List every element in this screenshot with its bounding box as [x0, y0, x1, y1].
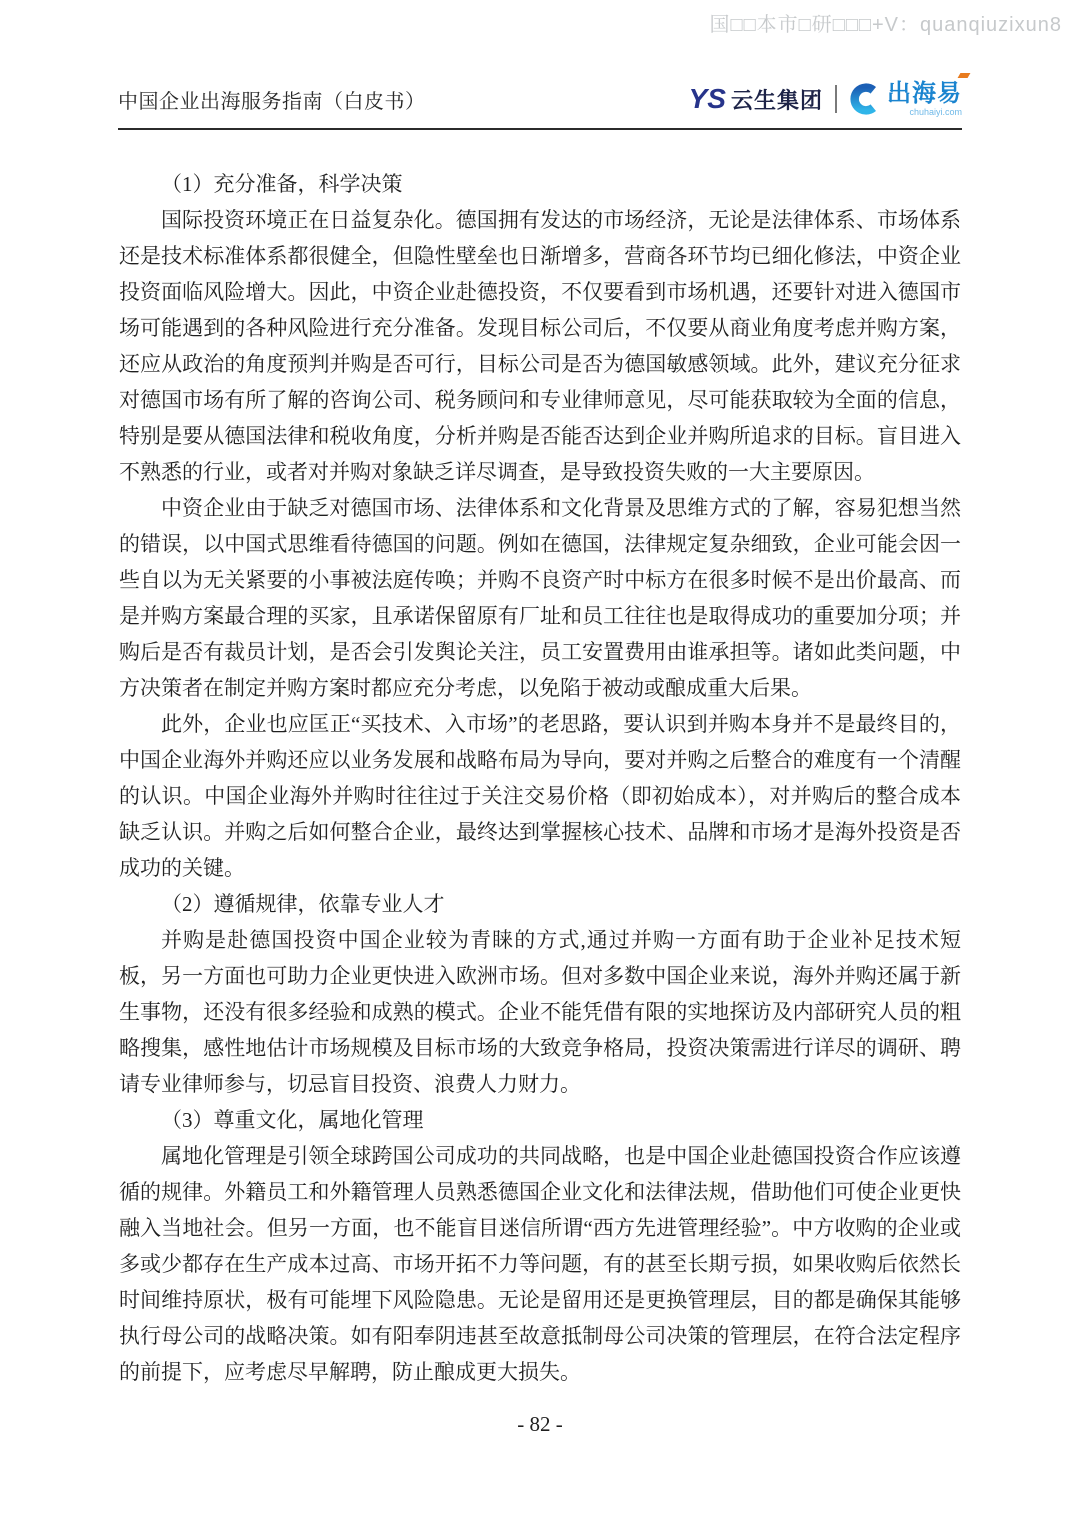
- section-heading-1: （1）充分准备，科学决策: [119, 166, 961, 202]
- ys-accent-icon: [958, 73, 971, 78]
- chuhaiyi-logo: 出海易 chuhaiyi.com: [849, 82, 962, 117]
- ys-company-name: 云生集团: [731, 84, 823, 115]
- paragraph: 属地化管理是引领全球跨国公司成功的共同战略，也是中国企业赴德国投资合作应该遵循的…: [119, 1138, 961, 1390]
- page-footer: - 82 -: [0, 1412, 1080, 1437]
- document-page: 国□□本市□研□□□+V：quanqiuzixun8 中国企业出海服务指南（白皮…: [0, 0, 1080, 1525]
- paragraph: 此外，企业也应匡正“买技术、入市场”的老思路，要认识到并购本身并不是最终目的，中…: [119, 706, 961, 886]
- section-heading-2: （2）遵循规律，依靠专业人才: [119, 886, 961, 922]
- chuhaiyi-domain: chuhaiyi.com: [909, 108, 962, 117]
- doc-title: 中国企业出海服务指南（白皮书）: [118, 85, 426, 114]
- chuhaiyi-logo-text: 出海易 chuhaiyi.com: [887, 82, 962, 117]
- logo-divider: [835, 85, 837, 113]
- header-logos: YS 云生集团 出海易 chuhaiyi.com: [689, 82, 962, 117]
- chuhaiyi-name: 出海易: [887, 82, 962, 106]
- paragraph: 国际投资环境正在日益复杂化。德国拥有发达的市场经济，无论是法律体系、市场体系还是…: [119, 202, 961, 490]
- chuhaiyi-logo-icon: [849, 82, 883, 116]
- watermark: 国□□本市□研□□□+V：quanqiuzixun8: [710, 8, 1063, 37]
- paragraph: 中资企业由于缺乏对德国市场、法律体系和文化背景及思维方式的了解，容易犯想当然的错…: [119, 490, 961, 706]
- section-heading-3: （3）尊重文化，属地化管理: [119, 1102, 961, 1138]
- yunsheng-logo: YS 云生集团: [689, 84, 823, 115]
- paragraph: 并购是赴德国投资中国企业较为青睐的方式,通过并购一方面有助于企业补足技术短板，另…: [119, 922, 961, 1102]
- document-body: （1）充分准备，科学决策 国际投资环境正在日益复杂化。德国拥有发达的市场经济，无…: [119, 166, 961, 1390]
- ys-logo-mark: YS: [689, 85, 726, 113]
- page-number: - 82 -: [517, 1412, 563, 1436]
- page-header: 中国企业出海服务指南（白皮书） YS 云生集团: [118, 76, 962, 130]
